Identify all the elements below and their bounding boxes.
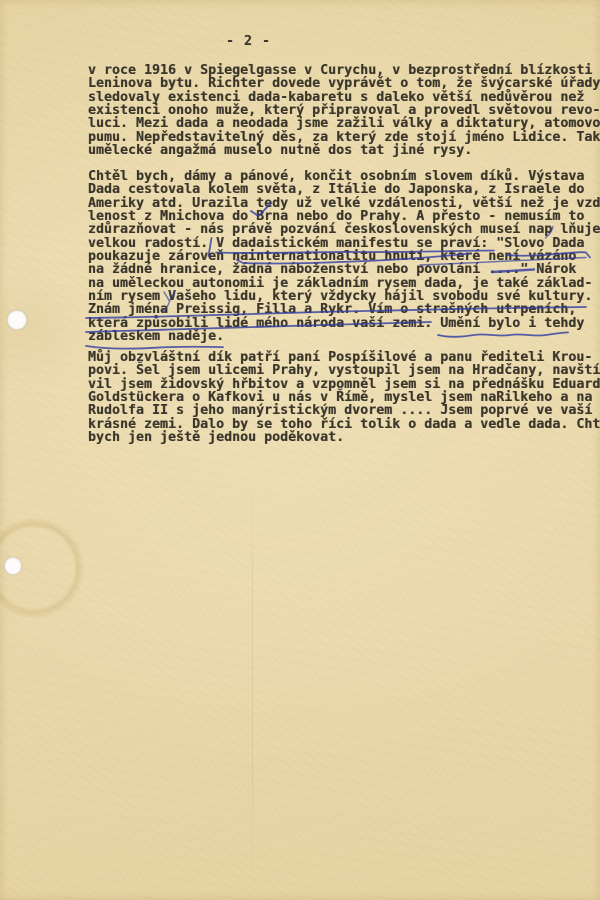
hole-punch-bottom	[4, 557, 22, 575]
paper-stain-soft	[0, 270, 90, 390]
paper-crease	[252, 470, 253, 900]
page-number: - 2 -	[226, 35, 271, 48]
paragraph-2: Chtěl bych, dámy a pánové, končit osobní…	[88, 170, 600, 343]
paragraph-1: v roce 1916 v Spiegelgasse v Curychu, v …	[88, 64, 600, 157]
paragraph-3: Můj obzvláštní dík patří paní Pospíšilov…	[88, 351, 600, 444]
hole-punch-top	[7, 310, 27, 330]
scanned-typewritten-page: - 2 - v roce 1916 v Spiegelgasse v Curyc…	[0, 0, 600, 900]
ink-underline-zableskem	[86, 346, 223, 349]
